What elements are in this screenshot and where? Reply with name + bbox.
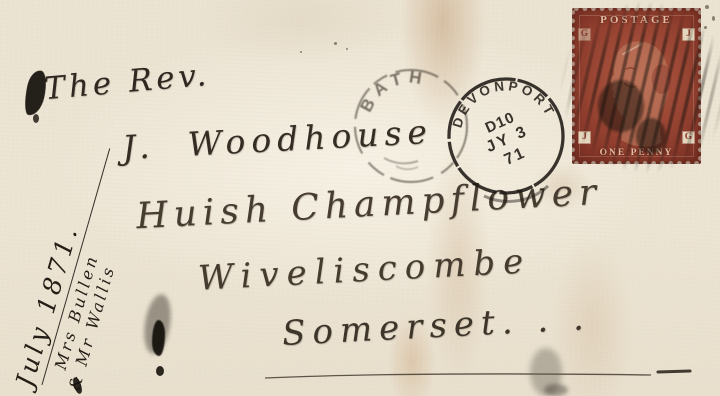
ink-speck bbox=[334, 42, 337, 45]
ink-speck bbox=[705, 5, 709, 9]
stamp-corner-letter-tl: G bbox=[578, 28, 591, 41]
stamp-one-penny-label: ONE PENNY bbox=[572, 148, 701, 158]
ink-speck bbox=[346, 48, 348, 50]
ink-speck bbox=[712, 16, 715, 21]
stamp-corner-letter-tr: J bbox=[682, 28, 695, 41]
stamp-corner-letter-br: G bbox=[682, 131, 695, 144]
penny-red-stamp: POSTAGE ONE PENNY G J J G bbox=[572, 8, 701, 164]
ink-speck bbox=[704, 26, 707, 29]
stamp-corner-letter-bl: J bbox=[578, 131, 591, 144]
grey-smudge bbox=[544, 384, 568, 396]
address-underline-flourish bbox=[253, 364, 698, 386]
ink-speck bbox=[300, 51, 302, 53]
envelope-photo: The Rev. J. Woodhouse Huish Champflower … bbox=[0, 0, 720, 396]
stamp-postage-label: POSTAGE bbox=[572, 14, 701, 26]
queen-victoria-profile-icon bbox=[586, 30, 686, 148]
ink-blot bbox=[33, 114, 39, 123]
ink-blot bbox=[156, 366, 164, 376]
